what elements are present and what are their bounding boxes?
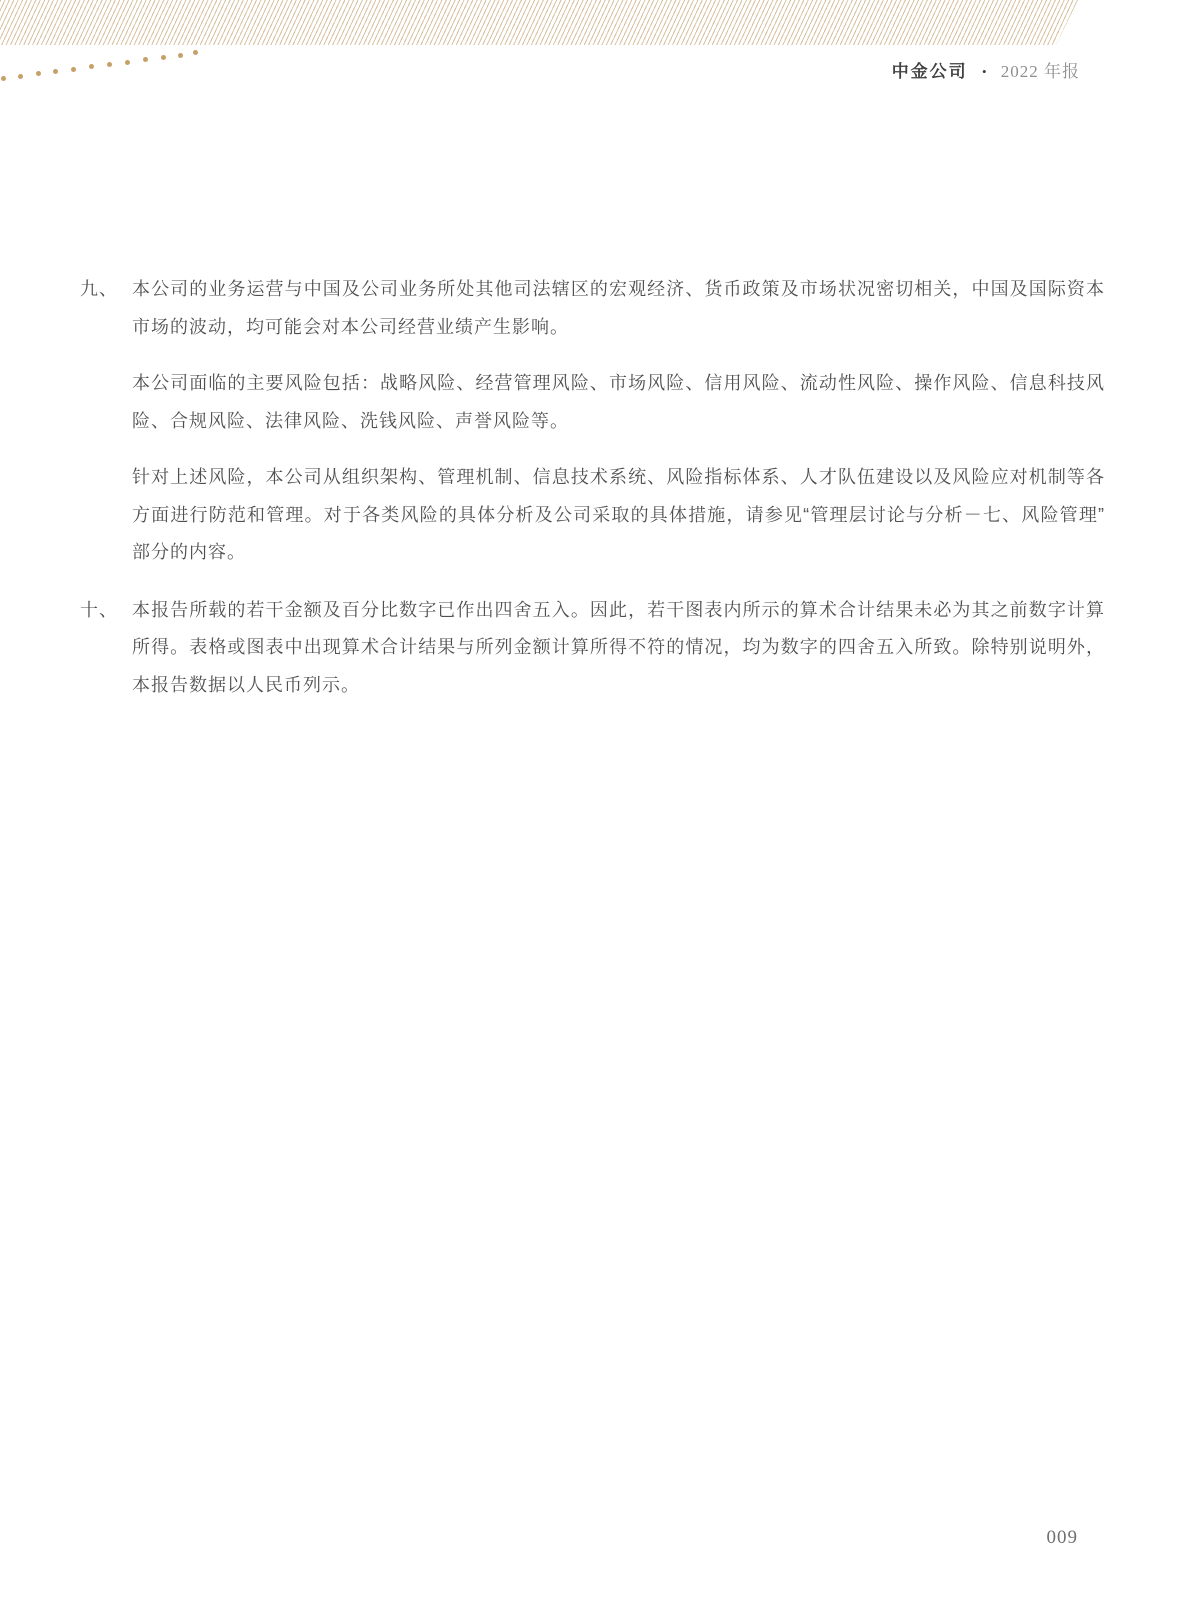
report-page: 中金公司 • 2022 年报 九、 本公司的业务运营与中国及公司业务所处其他司法… [0,0,1190,1615]
ornament-dot [36,71,41,76]
ornament-dot [18,74,23,79]
ornament-dot [53,69,58,74]
report-year: 2022 年报 [1001,62,1080,81]
paragraph: 针对上述风险，本公司从组织架构、管理机制、信息技术系统、风险指标体系、人才队伍建… [132,459,1105,572]
paragraph: 本报告所载的若干金额及百分比数字已作出四舍五入。因此，若干图表内所示的算术合计结… [132,592,1105,705]
dots-ornament [0,0,210,90]
item-number: 十、 [80,592,118,630]
ornament-dot [161,55,166,60]
page-number: 009 [1047,1527,1079,1549]
bullet-separator-icon: • [982,64,987,79]
company-name: 中金公司 [892,62,968,81]
paragraph: 本公司的业务运营与中国及公司业务所处其他司法辖区的宏观经济、货币政策及市场状况密… [132,271,1105,346]
ornament-dot [193,50,198,55]
running-head: 中金公司 • 2022 年报 [892,60,1080,84]
item-number: 九、 [80,271,118,309]
ornament-dot [89,64,94,69]
ornament-dot [125,60,130,65]
list-item-ten: 十、 本报告所载的若干金额及百分比数字已作出四舍五入。因此，若干图表内所示的算术… [80,592,1105,705]
list-item-nine: 九、 本公司的业务运营与中国及公司业务所处其他司法辖区的宏观经济、货币政策及市场… [80,271,1105,572]
ornament-dot [71,67,76,72]
ornament-dot [178,53,183,58]
ornament-dot [107,62,112,67]
page-body: 九、 本公司的业务运营与中国及公司业务所处其他司法辖区的宏观经济、货币政策及市场… [80,271,1105,724]
ornament-dot [143,57,148,62]
paragraph: 本公司面临的主要风险包括：战略风险、经营管理风险、市场风险、信用风险、流动性风险… [132,365,1105,440]
ornament-dot [1,76,6,81]
